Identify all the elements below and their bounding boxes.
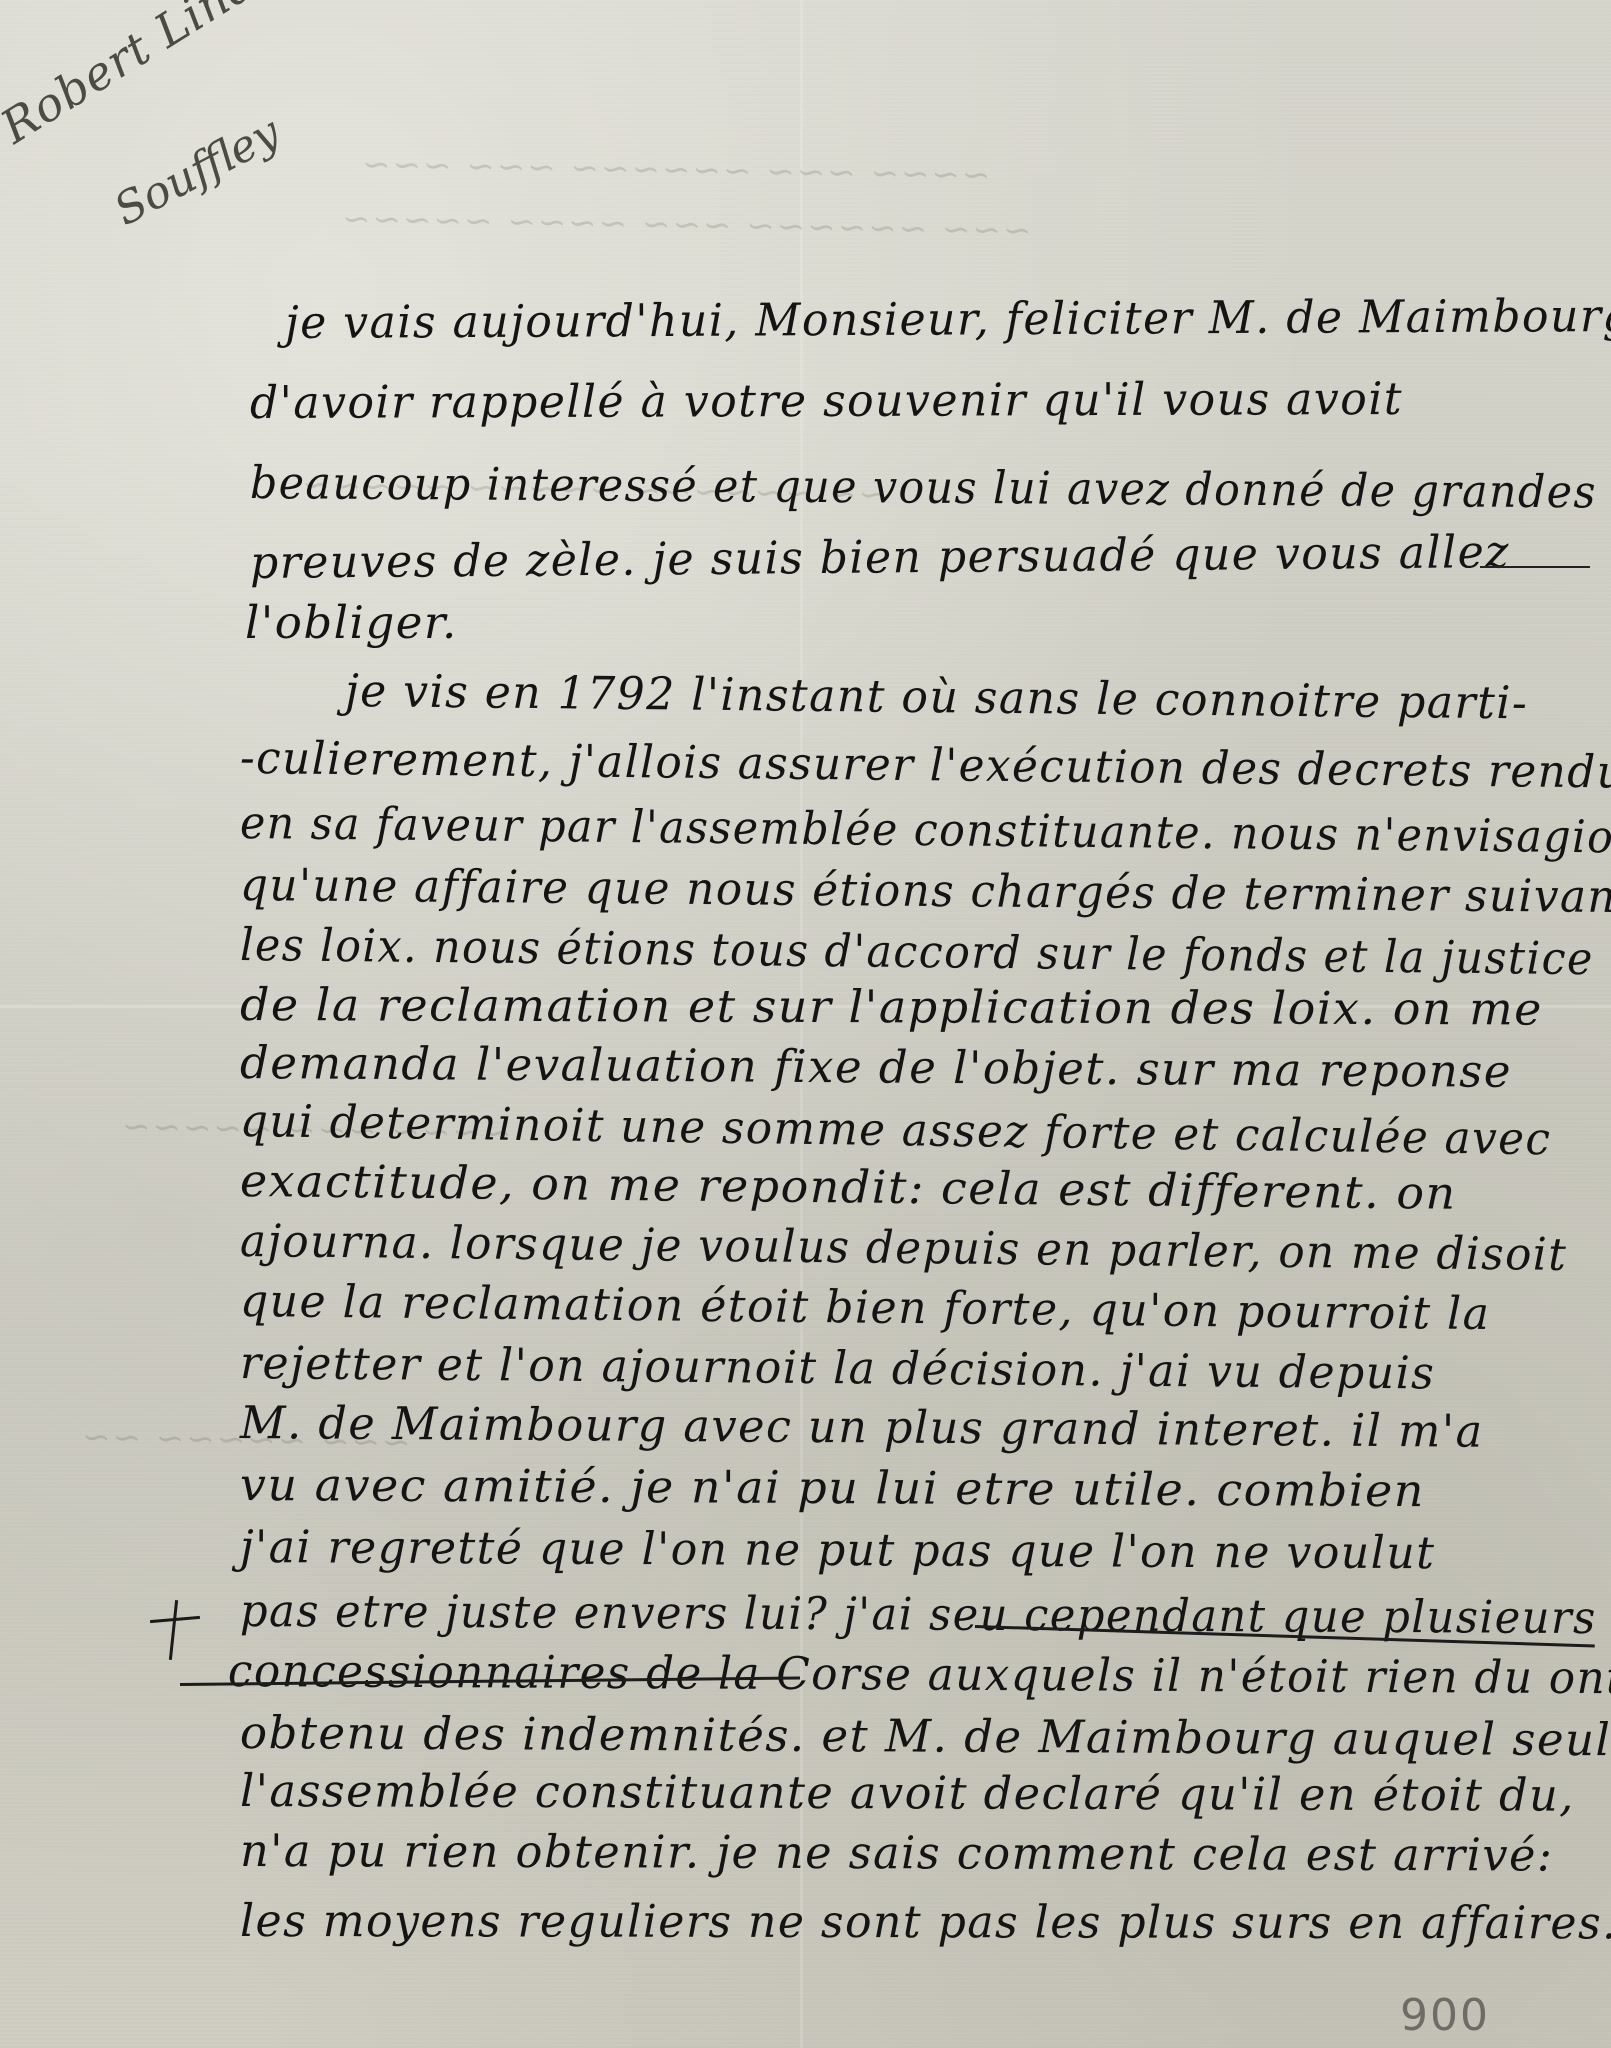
letter-line: qui determinoit une somme assez forte et…: [240, 1098, 1552, 1161]
letter-line: M. de Maimbourg avec un plus grand inter…: [240, 1400, 1484, 1454]
letter-line: j'ai regretté que l'on ne put pas que l'…: [240, 1524, 1436, 1575]
letter-line: obtenu des indemnités. et M. de Maimbour…: [240, 1710, 1611, 1762]
letter-line: l'assemblée constituante avoit declaré q…: [240, 1768, 1575, 1818]
letter-line: concessionnaires de la Corse auxquels il…: [228, 1648, 1611, 1700]
letter-line: exactitude, on me repondit: cela est dif…: [240, 1158, 1457, 1216]
letter-line: les moyens reguliers ne sont pas les plu…: [240, 1898, 1611, 1945]
letter-line: en sa faveur par l'assemblée constituant…: [240, 800, 1611, 860]
letter-page: ~~~~ ~~~ ~~~~~~ ~~~ ~~~ ~~~ ~~~~~~ ~~~ ~…: [0, 0, 1611, 2048]
letter-line: d'avoir rappellé à votre souvenir qu'il …: [250, 376, 1403, 425]
letter-line: beaucoup interessé et que vous lui avez …: [250, 460, 1597, 514]
folio-number: 900: [1400, 1990, 1490, 2041]
letter-line: n'a pu rien obtenir. je ne sais comment …: [240, 1828, 1554, 1878]
letter-body: je vais aujourd'hui, Monsieur, feliciter…: [0, 0, 1611, 2048]
letter-line: demanda l'evaluation fixe de l'objet. su…: [240, 1040, 1512, 1094]
letter-line: les loix. nous étions tous d'accord sur …: [240, 922, 1594, 981]
letter-line: l'obliger.: [245, 600, 458, 645]
letter-line: de la reclamation et sur l'application d…: [240, 982, 1543, 1032]
letter-line: que la reclamation étoit bien forte, qu'…: [240, 1278, 1491, 1336]
letter-line: -culierement, j'allois assurer l'exécuti…: [240, 735, 1611, 795]
letter-line: ajourna. lorsque je voulus depuis en par…: [240, 1218, 1568, 1277]
letter-line: qu'une affaire que nous étions chargés d…: [240, 862, 1611, 919]
cross-mark-icon: [150, 1600, 200, 1660]
letter-line: preuves de zèle. je suis bien persuadé q…: [250, 529, 1510, 585]
letter-line: je vais aujourd'hui, Monsieur, feliciter…: [285, 293, 1611, 345]
line-fill-dash: [1480, 566, 1590, 568]
letter-line: je vis en 1792 l'instant où sans le conn…: [345, 668, 1529, 725]
letter-line: rejetter et l'on ajournoit la décision. …: [240, 1340, 1436, 1395]
letter-line: pas etre juste envers lui? j'ai seu cepe…: [240, 1588, 1597, 1640]
letter-line: vu avec amitié. je n'ai pu lui etre util…: [240, 1462, 1425, 1513]
